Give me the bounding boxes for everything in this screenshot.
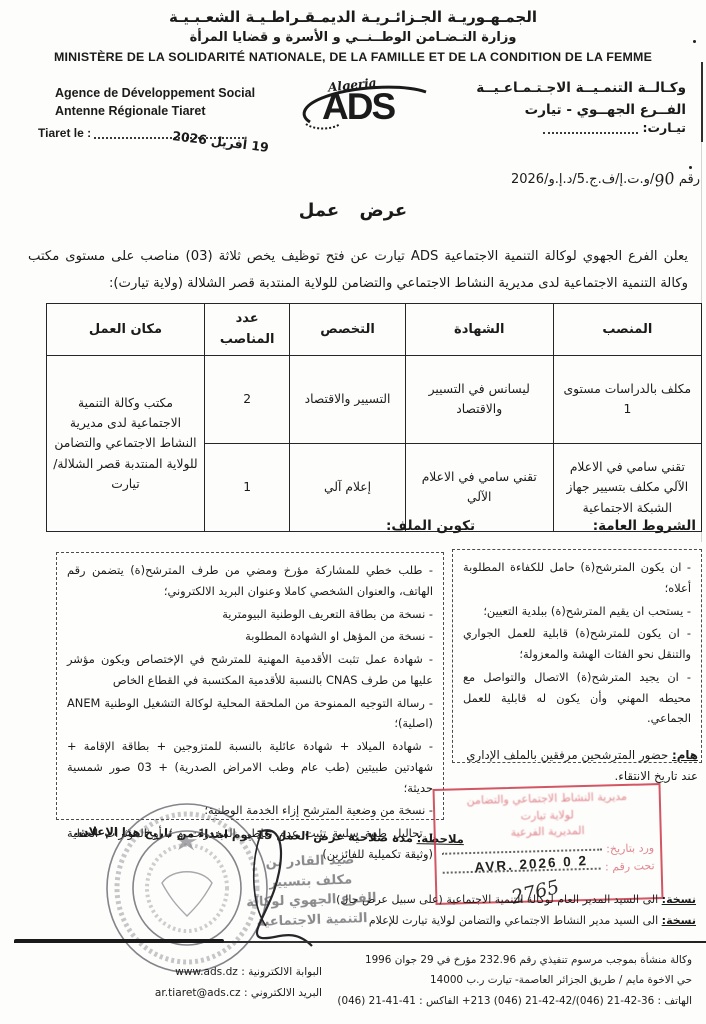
reference-code: /و.ت.إ/ف.ج.5/د.إ.و/2026: [511, 172, 654, 187]
republic-title: الجمـهـوريـة الجـزائـريـة الديمـقـراطـيـ…: [0, 8, 706, 26]
footer-agency-info: وكالة منشأة بموجب مرسوم تنفيذي رقم 232.9…: [262, 950, 692, 1011]
footer-address: حي الاخوة مايم / طريق الجزائر العاصمة- ت…: [262, 970, 692, 990]
table-header-row: المنصب الشهادة التخصص عدد المناصب مكان ا…: [47, 304, 702, 356]
date-dotted-line-ar: [543, 132, 638, 134]
copy-label-1: نسخة:: [662, 893, 696, 906]
header-workplace: مكان العمل: [47, 304, 205, 356]
file-composition-box: - طلب خطي للمشاركة مؤرخ ومضي من طرف المت…: [56, 552, 444, 820]
cell-diploma-1: ليسانس في التسيير والاقتصاد: [405, 355, 553, 443]
file-composition-title: تكوين الملف:: [386, 518, 475, 534]
file-item: - طلب خطي للمشاركة مؤرخ ومضي من طرف المت…: [67, 560, 433, 602]
agency-branch-fr: Antenne Régionale Tiaret: [55, 102, 255, 120]
condition-item: - ان يجيد المترشح(ة) الاتصال والتواصل مع…: [463, 667, 691, 729]
logo-acronym: ADS: [322, 86, 394, 128]
date-label-ar: تيـارت:: [642, 120, 686, 135]
copies-list: نسخة: الى السيد المدير العام لوكالة التن…: [296, 890, 696, 932]
condition-item: - ان يكون المترشح(ة) حامل للكفاءة المطلو…: [463, 557, 691, 599]
header-post: المنصب: [553, 304, 701, 356]
email-address: ar.tiaret@ads.cz: [155, 987, 241, 999]
cell-speciality-1: التسيير والاقتصاد: [290, 355, 405, 443]
reference-handwritten-number: 90: [653, 168, 676, 190]
footer-portal-line: البوابة الالكترونية : www.ads.dz: [62, 962, 322, 983]
copy-line: نسخة: الى السيد المدير العام لوكالة التن…: [296, 890, 696, 911]
scan-speck: [693, 40, 696, 43]
reference-line: رقم 90/و.ت.إ/ف.ج.5/د.إ.و/2026: [360, 168, 700, 187]
email-label: البريد الالكتروني :: [244, 987, 322, 999]
reference-label: رقم: [679, 172, 700, 187]
footer-divider-thick: [14, 939, 224, 943]
condition-item: - يستحب ان يقيم المترشح(ة) ببلدية التعيي…: [463, 601, 691, 622]
important-text: حضور المترشحين مرفقين بالملف الإداري عند…: [466, 748, 698, 783]
important-notice: هام: حضور المترشحين مرفقين بالملف الإدار…: [456, 745, 698, 787]
condition-item: - ان يكون للمترشح(ة) قابلية للعمل الجوار…: [463, 623, 691, 665]
table-row: مكلف بالدراسات مستوى 1 ليسانس في التسيير…: [47, 355, 702, 443]
date-line-ar: تيـارت:: [543, 120, 686, 135]
agency-branch-ar: الفــرع الجهــوي - تيارت: [476, 100, 686, 122]
ads-logo: Algeria ADS: [292, 78, 432, 140]
copy-label-2: نسخة:: [662, 914, 696, 927]
scan-edge-mark: [701, 62, 703, 142]
footer-decree: وكالة منشأة بموجب مرسوم تنفيذي رقم 232.9…: [262, 950, 692, 970]
file-item: - شهادة عمل تثبت الأقدمية المهنية للمترش…: [67, 649, 433, 691]
general-conditions-box: - ان يكون المترشح(ة) حامل للكفاءة المطلو…: [452, 549, 702, 763]
document-title: عرض عمل: [0, 200, 706, 221]
registry-red-stamp: مديرية النشاط الاجتماعي والتضامن لولاية …: [433, 783, 664, 905]
received-date-label: ورد بتاريخ:: [606, 840, 654, 858]
copy-text-1: الى السيد المدير العام لوكالة التنمية ال…: [336, 893, 658, 906]
date-label-fr: Tiaret le :: [38, 126, 91, 140]
file-item: - نسخة من المؤهل او الشهادة المطلوبة: [67, 626, 433, 647]
scan-edge-line: [701, 142, 702, 542]
agency-block-fr: Agence de Développement Social Antenne R…: [55, 84, 255, 120]
header-speciality: التخصص: [290, 304, 405, 356]
received-number-label: تحت رقم :: [605, 858, 655, 876]
footer-web-info: البوابة الالكترونية : www.ads.dz البريد …: [62, 962, 322, 1004]
cell-count-2: 1: [204, 443, 289, 531]
header-diploma: الشهادة: [405, 304, 553, 356]
cell-post-1: مكلف بالدراسات مستوى 1: [553, 355, 701, 443]
cell-count-1: 2: [204, 355, 289, 443]
cell-workplace: مكتب وكالة التنمية الاجتماعية لدى مديرية…: [47, 355, 205, 531]
file-item: - رسالة التوجيه الممنوحة من الملحقة المح…: [67, 693, 433, 735]
general-conditions-title: الشروط العامة:: [593, 518, 696, 534]
portal-label: البوابة الالكترونية :: [241, 966, 322, 978]
file-item: - نسخة من بطاقة التعريف الوطنية البيومتر…: [67, 604, 433, 625]
portal-url: www.ads.dz: [175, 966, 238, 978]
agency-name-fr: Agence de Développement Social: [55, 84, 255, 102]
header-count: عدد المناصب: [204, 304, 289, 356]
ministry-title-fr: MINISTÈRE DE LA SOLIDARITÉ NATIONALE, DE…: [0, 50, 706, 64]
positions-table: المنصب الشهادة التخصص عدد المناصب مكان ا…: [46, 303, 702, 532]
intro-paragraph: يعلن الفرع الجهوي لوكالة التنمية الاجتما…: [28, 243, 688, 297]
ministry-title-ar: وزارة التـضـامن الوطــنــي و الأسرة و قض…: [0, 30, 706, 45]
scan-speck: [689, 166, 692, 169]
copy-line: نسخة: الى السيد مدير النشاط الاجتماعي وا…: [296, 911, 696, 932]
important-label: هام:: [672, 748, 698, 762]
copy-text-2: الى السيد مدير النشاط الاجتماعي والتضامن…: [369, 914, 658, 927]
scanned-job-offer-document: الجمـهـوريـة الجـزائـريـة الديمـقـراطـيـ…: [0, 0, 706, 1024]
footer-email-line: البريد الالكتروني : ar.tiaret@ads.cz: [62, 983, 322, 1004]
agency-block-ar: وكـالــة التنمـيــة الاجـتـمـاعـيــة الف…: [476, 78, 686, 121]
agency-name-ar: وكـالــة التنمـيــة الاجـتـمـاعـيــة: [476, 78, 686, 100]
footer-phones: الهاتف : 36-42-21 (046)/42-42-21 (046) 2…: [262, 991, 692, 1011]
